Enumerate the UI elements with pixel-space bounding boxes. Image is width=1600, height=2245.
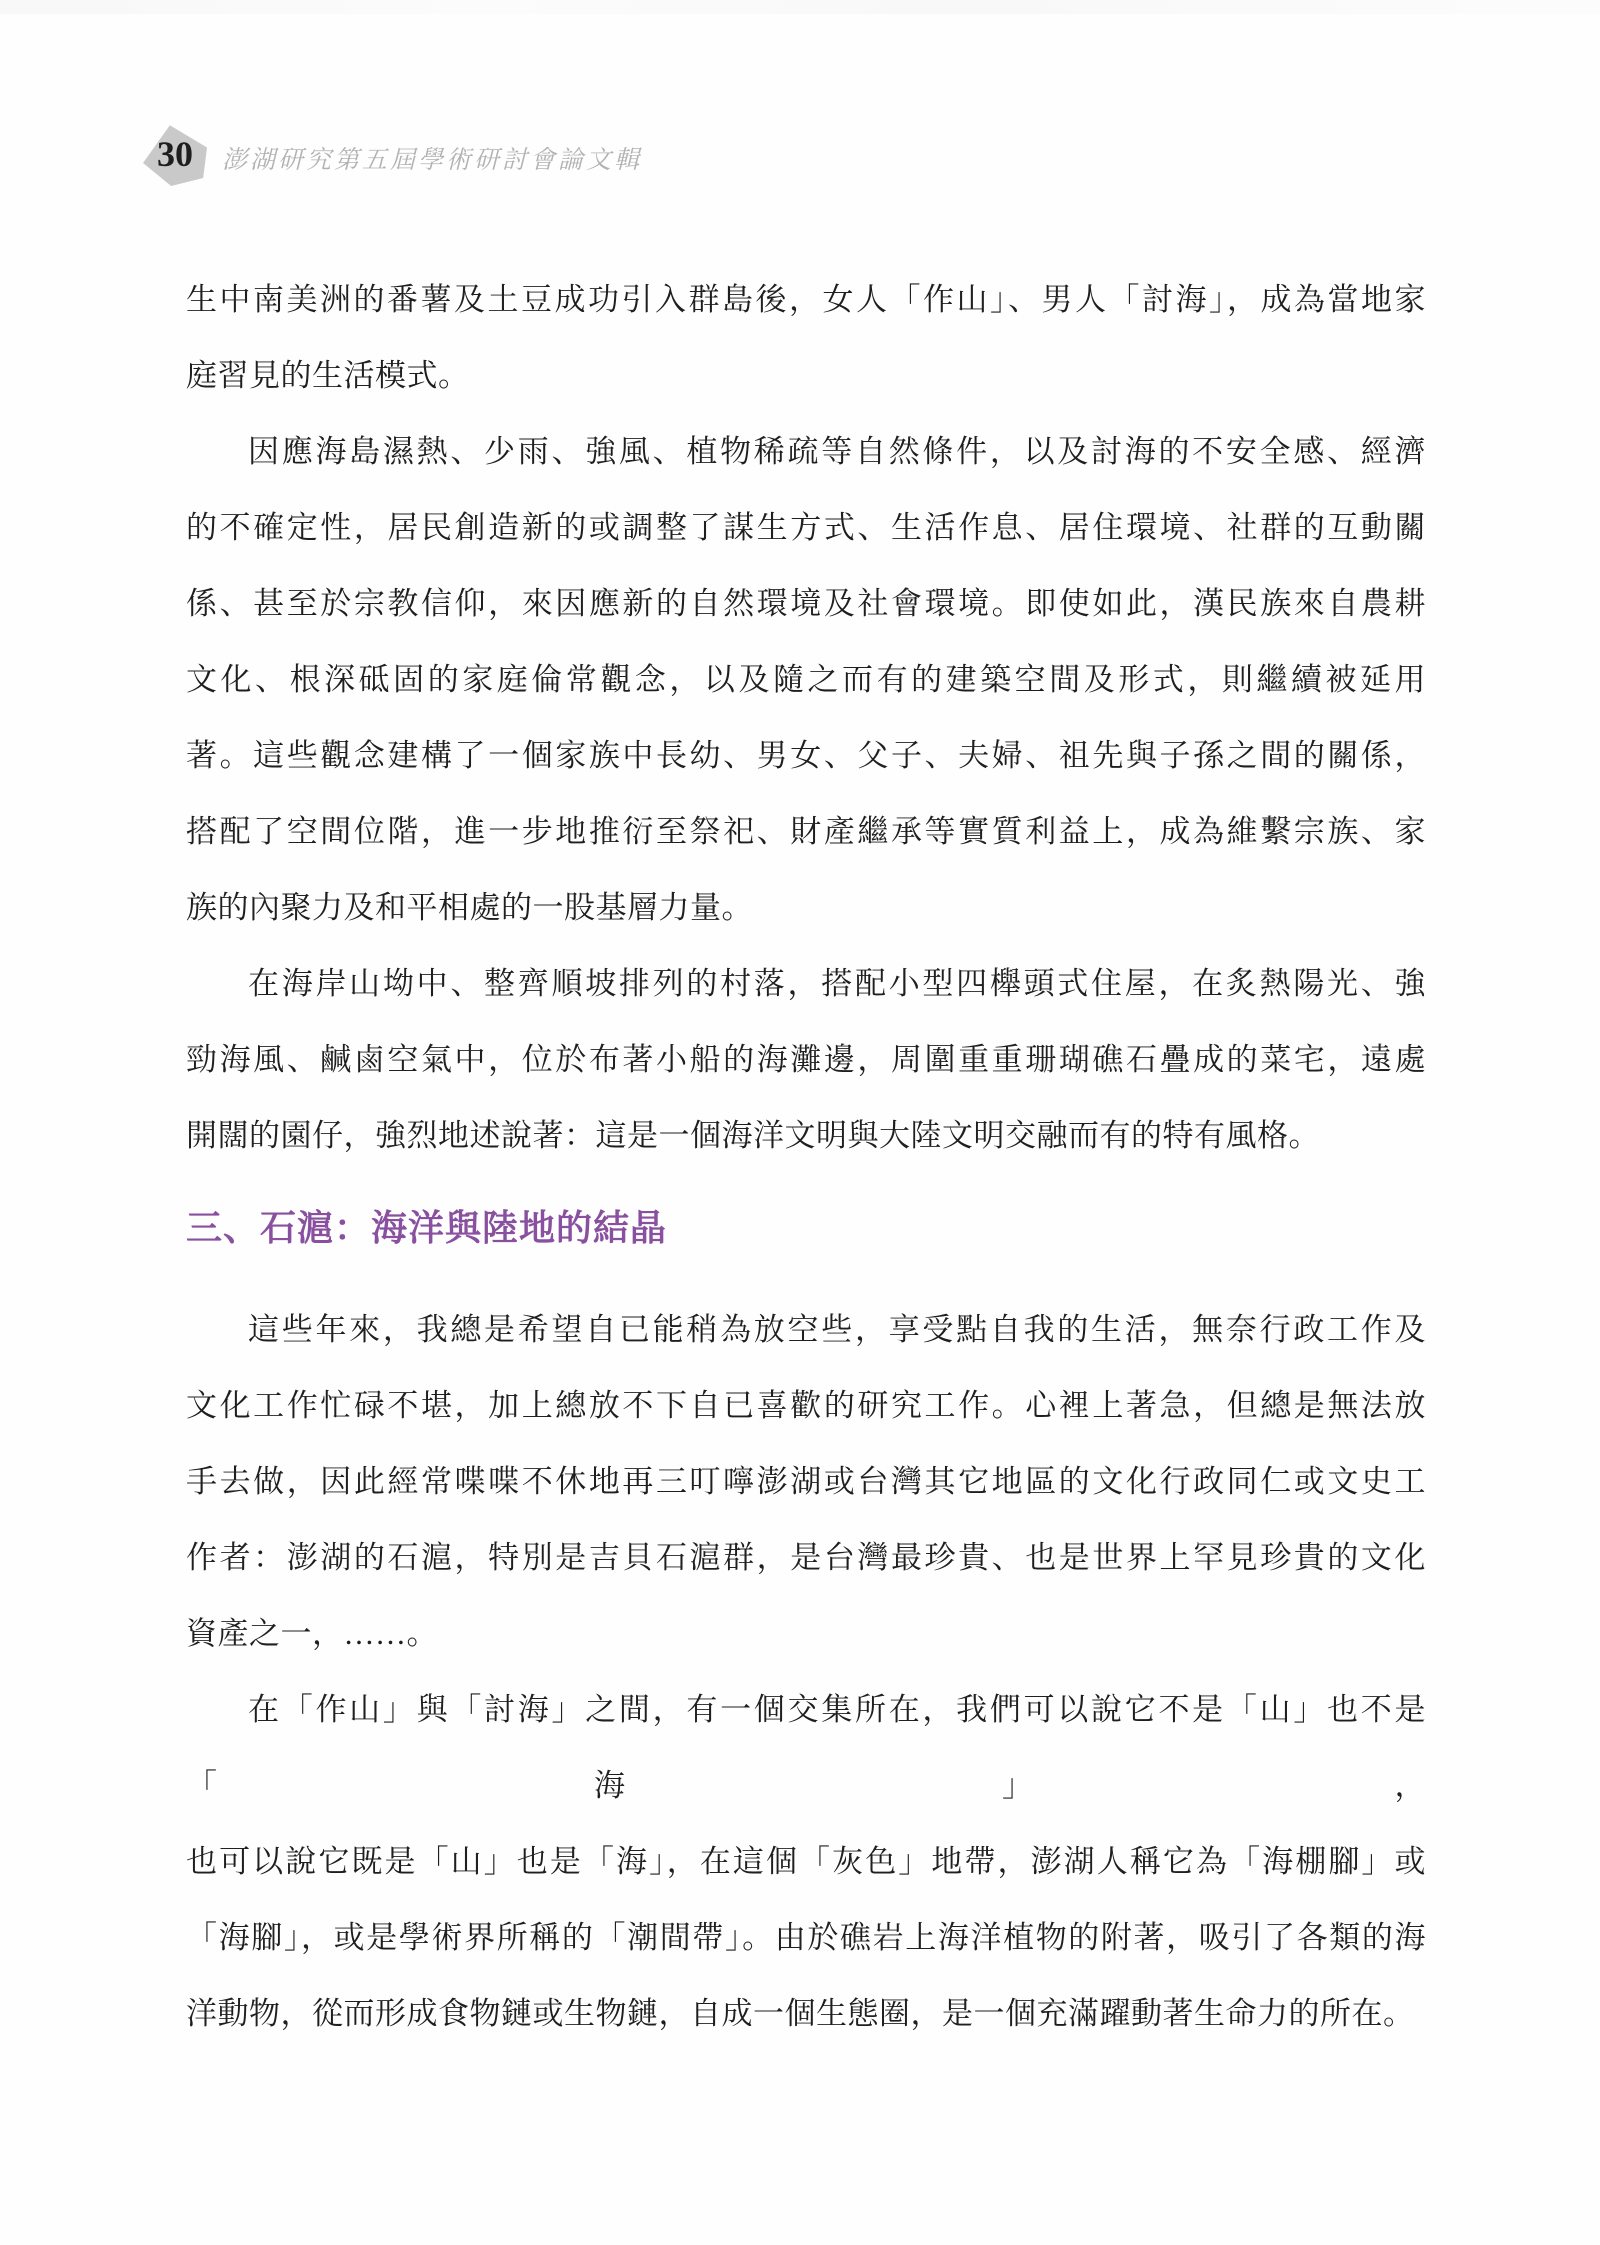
paragraph-line: 族的內聚力及和平相處的一股基層力量。 [186, 870, 1426, 946]
page-header: 30 澎湖研究第五屆學術研討會論文輯 [0, 0, 1600, 230]
paragraph-line: 的不確定性，居民創造新的或調整了謀生方式、生活作息、居住環境、社群的互動關 [186, 490, 1426, 566]
paragraph-line: 搭配了空間位階，進一步地推衍至祭祀、財產繼承等實質利益上，成為維繫宗族、家 [186, 794, 1426, 870]
paragraph-line: 資產之一，……。 [186, 1596, 1426, 1672]
paragraph-line: 因應海島濕熱、少雨、強風、植物稀疏等自然條件，以及討海的不安全感、經濟 [186, 414, 1426, 490]
journal-title: 澎湖研究第五屆學術研討會論文輯 [222, 140, 642, 176]
section-heading: 三、石滬：海洋與陸地的結晶 [186, 1199, 1426, 1259]
paragraph-line: 也可以說它既是「山」也是「海」，在這個「灰色」地帶，澎湖人稱它為「海棚腳」或 [186, 1824, 1426, 1900]
paragraph-line: 文化工作忙碌不堪，加上總放不下自已喜歡的研究工作。心裡上著急，但總是無法放 [186, 1368, 1426, 1444]
paragraph-line: 洋動物，從而形成食物鏈或生物鏈，自成一個生態圈，是一個充滿躍動著生命力的所在。 [186, 1976, 1426, 2052]
paragraph-line: 作者：澎湖的石滬，特別是吉貝石滬群，是台灣最珍貴、也是世界上罕見珍貴的文化 [186, 1520, 1426, 1596]
page-number: 30 [143, 124, 207, 186]
paragraph-line: 在「作山」與「討海」之間，有一個交集所在，我們可以說它不是「山」也不是「海」， [186, 1672, 1426, 1824]
paragraph-line: 開闊的園仔，強烈地述說著：這是一個海洋文明與大陸文明交融而有的特有風格。 [186, 1098, 1426, 1174]
paragraph-line: 手去做，因此經常喋喋不休地再三叮嚀澎湖或台灣其它地區的文化行政同仁或文史工 [186, 1444, 1426, 1520]
paragraph-line: 「海腳」，或是學術界所稱的「潮間帶」。由於礁岩上海洋植物的附著，吸引了各類的海 [186, 1900, 1426, 1976]
paragraph-line: 在海岸山坳中、整齊順坡排列的村落，搭配小型四櫸頭式住屋，在炙熱陽光、強 [186, 946, 1426, 1022]
paragraph-line: 文化、根深砥固的家庭倫常觀念，以及隨之而有的建築空間及形式，則繼續被延用 [186, 642, 1426, 718]
paragraph-line: 庭習見的生活模式。 [186, 338, 1426, 414]
paragraph-line: 係、甚至於宗教信仰，來因應新的自然環境及社會環境。即使如此，漢民族來自農耕 [186, 566, 1426, 642]
paragraph-line: 生中南美洲的番薯及土豆成功引入群島後，女人「作山」、男人「討海」，成為當地家 [186, 262, 1426, 338]
document-page: 30 澎湖研究第五屆學術研討會論文輯 生中南美洲的番薯及土豆成功引入群島後，女人… [0, 0, 1600, 2245]
paragraph-line: 勁海風、鹹鹵空氣中，位於布著小船的海灘邊，周圍重重珊瑚礁石疊成的菜宅，遠處 [186, 1022, 1426, 1098]
paragraph-line: 這些年來，我總是希望自已能稍為放空些，享受點自我的生活，無奈行政工作及 [186, 1292, 1426, 1368]
paragraph-line: 著。這些觀念建構了一個家族中長幼、男女、父子、夫婦、祖先與子孫之間的關係， [186, 718, 1426, 794]
body-text: 生中南美洲的番薯及土豆成功引入群島後，女人「作山」、男人「討海」，成為當地家 庭… [186, 262, 1426, 2052]
page-number-badge: 30 [143, 124, 207, 186]
